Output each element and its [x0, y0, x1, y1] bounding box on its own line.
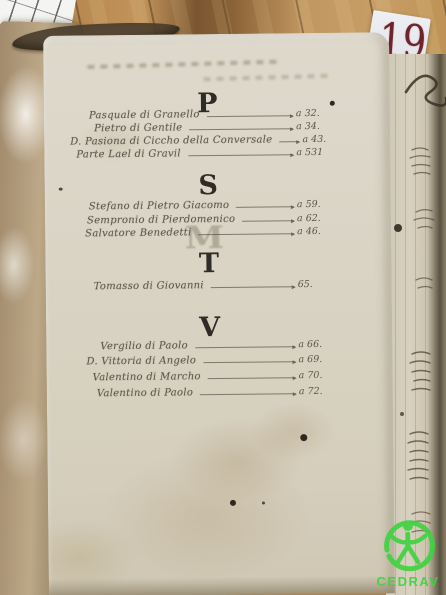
section-letter-t: T: [173, 248, 245, 280]
index-entry: Vergilio di Paolo a 66.: [100, 339, 332, 352]
entry-name: Valentino di Paolo: [97, 387, 193, 399]
entry-page-number: a 34.: [296, 121, 330, 132]
leader-line: [195, 346, 295, 348]
section-letter-v: V: [174, 312, 246, 344]
showthrough-smudge: [203, 74, 333, 82]
cedrav-watermark-label: CEDRAV: [377, 574, 439, 589]
ink-speck: [59, 188, 63, 191]
entry-name: Valentino di Marcho: [93, 371, 201, 383]
leader-line: [208, 377, 296, 379]
leader-line: [200, 393, 296, 395]
index-entry: Sempronio di Pierdomenico a 62.: [87, 213, 331, 227]
showthrough-smudge: [87, 60, 277, 69]
ink-speck: [230, 500, 236, 506]
entry-name: Sempronio di Pierdomenico: [87, 214, 235, 227]
entry-name: Pietro di Gentile: [94, 122, 183, 134]
index-entry: Salvatore Benedetti a 46.: [85, 226, 331, 240]
entry-page-number: 65.: [298, 279, 332, 290]
leader-line: [279, 141, 299, 142]
leader-line: [242, 220, 294, 222]
entry-page-number: a 43.: [302, 134, 330, 145]
entry-page-number: a 72.: [299, 386, 333, 397]
index-entry: Valentino di Marcho a 70.: [93, 370, 333, 384]
entry-page-number: a 69.: [298, 354, 332, 365]
entry-name: Stefano di Pietro Giacomo: [89, 200, 230, 212]
index-entry: D. Vittoria di Angelo a 69.: [86, 354, 332, 368]
leader-line: [189, 128, 293, 130]
leader-line: [203, 361, 295, 363]
ink-speck: [262, 502, 265, 505]
index-entry: Pietro di Gentile a 34.: [94, 121, 330, 134]
ink-speck: [330, 101, 335, 106]
entry-page-number: a 32.: [296, 108, 330, 119]
cedrav-logo-icon: CEDRAV: [377, 506, 439, 592]
entry-name: Vergilio di Paolo: [100, 340, 188, 352]
leader-line: [211, 286, 295, 288]
leader-line: [236, 206, 294, 208]
leader-line: [199, 233, 295, 235]
entry-name: Tomasso di Giovanni: [94, 280, 204, 292]
index-entry: Pasquale di Granello a 32.: [89, 108, 330, 122]
entry-name: Pasquale di Granello: [89, 109, 200, 121]
entry-page-number: a 46.: [297, 226, 331, 237]
manuscript-index-page: M P Pasquale di Granello a 32. Pietro di…: [43, 32, 395, 595]
ink-speck: [300, 434, 307, 441]
cedrav-watermark: CEDRAV: [377, 506, 439, 592]
entry-name: Salvatore Benedetti: [85, 227, 192, 239]
index-entry: Stefano di Pietro Giacomo a 59.: [89, 199, 331, 213]
entry-page-number: a 531: [296, 147, 330, 158]
photo-scene: 19 M P: [0, 0, 446, 595]
leader-line: [188, 154, 293, 156]
leader-line: [207, 115, 293, 117]
entry-name: Parte Lael di Gravil: [76, 148, 181, 160]
section-letter-s: S: [172, 170, 244, 202]
index-entry: Tomasso di Giovanni 65.: [94, 279, 332, 292]
entry-page-number: a 62.: [297, 213, 331, 224]
index-entry: Valentino di Paolo a 72.: [97, 386, 333, 399]
entry-name: D. Vittoria di Angelo: [86, 355, 196, 367]
entry-page-number: a 70.: [299, 370, 333, 381]
entry-page-number: a 59.: [297, 199, 331, 210]
entry-page-number: a 66.: [298, 339, 332, 350]
index-entry: D. Pasiona di Ciccho della Conversale a …: [70, 134, 330, 148]
entry-name: D. Pasiona di Ciccho della Conversale: [70, 134, 272, 147]
index-entry: Parte Lael di Gravil a 531: [76, 147, 330, 161]
